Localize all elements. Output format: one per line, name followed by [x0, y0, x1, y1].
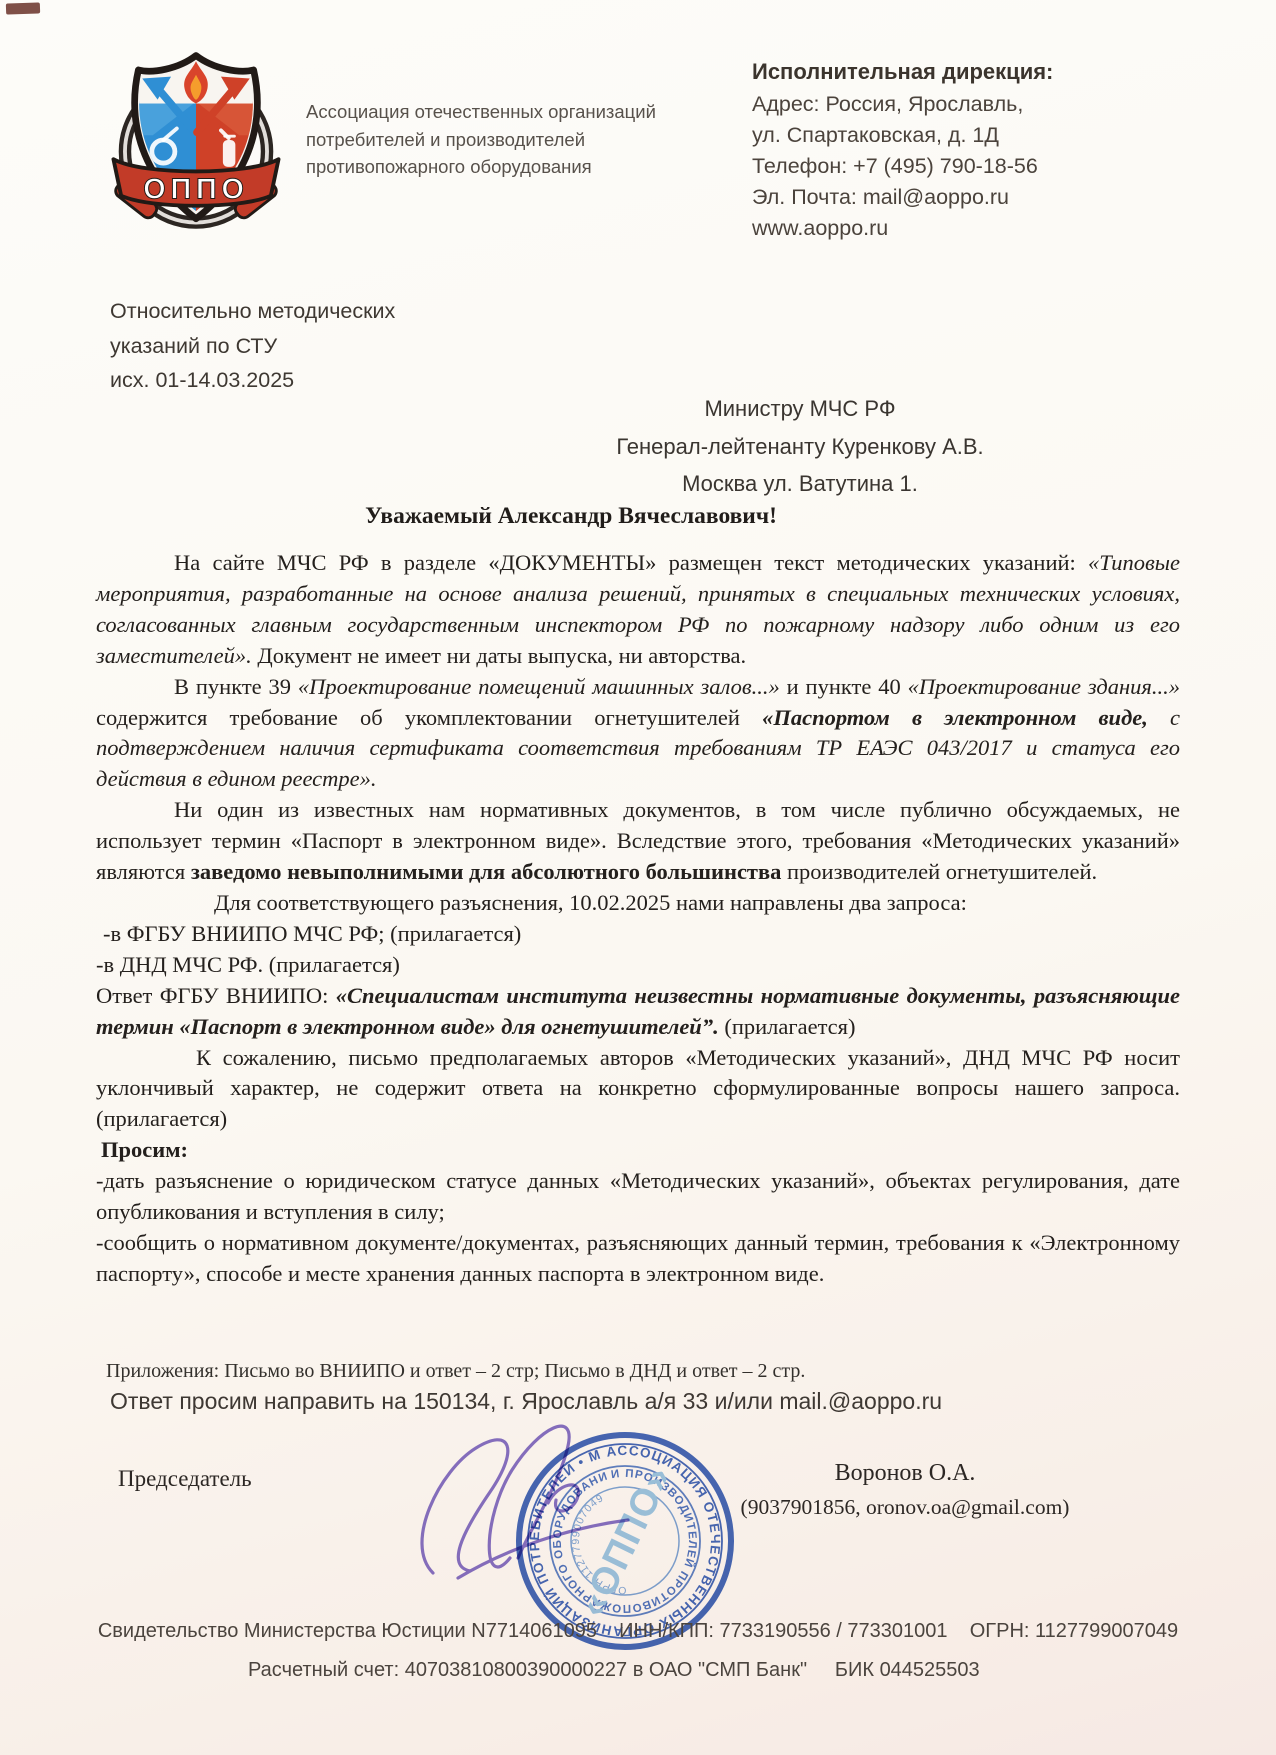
phone-line: Телефон: +7 (495) 790-18-56 [752, 151, 1172, 182]
paragraph: Ни один из известных нам нормативных док… [96, 795, 1180, 888]
text-run: К сожалению, письмо предполагаемых автор… [96, 1045, 1180, 1132]
org-caption-line: противопожарного оборудования [306, 153, 686, 181]
text-run: и пункте 40 [780, 674, 908, 699]
text-run: -сообщить о нормативном документе/докуме… [96, 1230, 1180, 1286]
text-run: Для соответствующего разъяснения, 10.02.… [214, 890, 967, 915]
paragraph: -в ДНД МЧС РФ. (прилагается) [96, 950, 1180, 981]
directorate-block: Исполнительная дирекция: Адрес: Россия, … [752, 56, 1172, 244]
text-run: «Проектирование здания...» [908, 674, 1180, 699]
website-line: www.aoppo.ru [752, 213, 1172, 244]
recipient-line: Генерал-лейтенанту Куренкову А.В. [540, 428, 1060, 466]
scan-artifact-corner [6, 2, 40, 14]
text-run: «Проектирование помещений машинных залов… [298, 674, 780, 699]
text-run: заведомо невыполнимыми для абсолютного б… [191, 859, 782, 884]
paragraph: -сообщить о нормативном документе/докуме… [96, 1228, 1180, 1290]
logo-banner-text: ОППО [143, 174, 248, 206]
paragraph: На сайте МЧС РФ в разделе «ДОКУМЕНТЫ» ра… [96, 548, 1180, 672]
recipient-line: Москва ул. Ватутина 1. [540, 465, 1060, 503]
attachments-line: Приложения: Письмо во ВНИИПО и ответ – 2… [106, 1360, 1106, 1383]
text-run: (прилагается) [724, 1014, 855, 1039]
outgoing-number: исх. 01-14.03.2025 [110, 363, 530, 398]
org-caption: Ассоциация отечественных организаций пот… [306, 98, 686, 181]
text-run: Ответ ФГБУ ВНИИПО: [96, 983, 336, 1008]
text-run: Документ не имеет ни даты выпуска, ни ав… [252, 643, 746, 668]
footer-bank-line: Расчетный счет: 40703810800390000227 в О… [248, 1659, 1048, 1682]
subject-line: Относительно методических [110, 294, 530, 329]
paragraph: -дать разъяснение о юридическом статусе … [96, 1166, 1180, 1228]
text-run: содержится требование об укомплектовании… [96, 705, 762, 730]
paragraph: В пункте 39 «Проектирование помещений ма… [96, 672, 1180, 796]
letter-page: ОППО Ассоциация отечественных организаци… [0, 0, 1276, 1755]
address-line: Адрес: Россия, Ярославль, [752, 89, 1172, 120]
paragraph: Ответ ФГБУ ВНИИПО: «Специалистам институ… [96, 981, 1180, 1043]
recipient-line: Министру МЧС РФ [540, 390, 1060, 428]
address-line: ул. Спартаковская, д. 1Д [752, 120, 1172, 151]
text-run: -дать разъяснение о юридическом статусе … [96, 1168, 1180, 1224]
letter-body: На сайте МЧС РФ в разделе «ДОКУМЕНТЫ» ра… [96, 548, 1180, 1290]
salutation: Уважаемый Александр Вячеславович! [96, 503, 1046, 530]
footer-registration-line: Свидетельство Министерства Юстиции N7714… [0, 1620, 1276, 1643]
text-run: -в ДНД МЧС РФ. (прилагается) [96, 952, 400, 977]
org-caption-line: Ассоциация отечественных организаций [306, 98, 686, 126]
directorate-title: Исполнительная дирекция: [752, 56, 1172, 87]
paragraph: -в ФГБУ ВНИИПО МЧС РФ; (прилагается) [96, 919, 1180, 950]
paragraph: К сожалению, письмо предполагаемых автор… [96, 1043, 1180, 1136]
paragraph: Просим: [96, 1135, 1180, 1166]
oppo-logo: ОППО [100, 44, 292, 236]
text-run: В пункте 39 [174, 674, 298, 699]
org-caption-line: потребителей и производителей [306, 126, 686, 154]
text-run: Просим: [101, 1137, 188, 1162]
subject-block: Относительно методических указаний по СТ… [110, 294, 530, 398]
text-run: На сайте МЧС РФ в разделе «ДОКУМЕНТЫ» ра… [174, 550, 1088, 575]
recipient-block: Министру МЧС РФ Генерал-лейтенанту Курен… [540, 390, 1060, 503]
paragraph: Для соответствующего разъяснения, 10.02.… [96, 888, 1180, 919]
signer-position: Председатель [118, 1466, 252, 1492]
text-run: производителей огнетушителей. [781, 859, 1097, 884]
subject-line: указаний по СТУ [110, 329, 530, 364]
email-line: Эл. Почта: mail@aoppo.ru [752, 182, 1172, 213]
text-run: -в ФГБУ ВНИИПО МЧС РФ; (прилагается) [103, 921, 521, 946]
text-run: «Паспортом в электронном виде, [762, 705, 1148, 730]
